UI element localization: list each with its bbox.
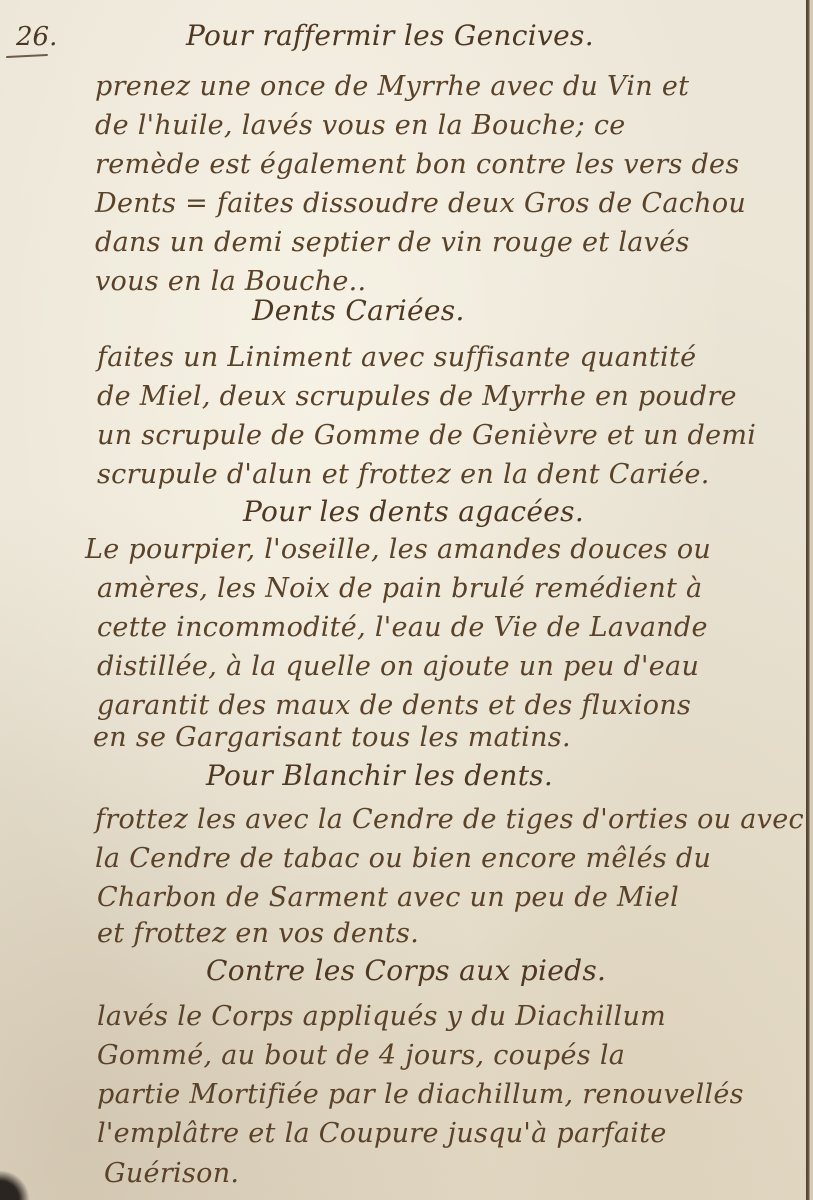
text-line: dans un demi septier de vin rouge et lav… <box>95 229 690 256</box>
text-line: scrupule d'alun et frottez en la dent Ca… <box>97 461 710 488</box>
text-line: la Cendre de tabac ou bien encore mêlés … <box>95 845 711 872</box>
page-number-underline <box>6 54 48 58</box>
text-line: lavés le Corps appliqués y du Diachillum <box>97 1003 666 1030</box>
text-line: Charbon de Sarment avec un peu de Miel <box>97 884 679 911</box>
text-line: de l'huile, lavés vous en la Bouche; ce <box>95 112 626 139</box>
text-line: et frottez en vos dents. <box>97 920 419 947</box>
section-heading-carious-teeth: Dents Cariées. <box>252 297 465 325</box>
section-heading-whitening-teeth: Pour Blanchir les dents. <box>206 762 553 790</box>
text-line: prenez une once de Myrrhe avec du Vin et <box>95 73 689 100</box>
text-line: partie Mortifiée par le diachillum, reno… <box>97 1081 744 1108</box>
section-heading-foot-corns: Contre les Corps aux pieds. <box>206 957 606 985</box>
binding-edge <box>806 0 813 1200</box>
section-heading-gums: Pour raffermir les Gencives. <box>186 22 594 50</box>
text-line: frottez les avec la Cendre de tiges d'or… <box>95 806 804 833</box>
page-number: 26. <box>16 22 57 52</box>
section-heading-sensitive-teeth: Pour les dents agacées. <box>243 498 584 526</box>
text-line: vous en la Bouche.. <box>95 268 366 295</box>
text-line: cette incommodité, l'eau de Vie de Lavan… <box>97 614 708 641</box>
manuscript-page: 26. Pour raffermir les Gencives. prenez … <box>0 0 806 1200</box>
text-line: Dents = faites dissoudre deux Gros de Ca… <box>95 190 746 217</box>
text-line: faites un Liniment avec suffisante quant… <box>97 344 696 371</box>
text-line: distillée, à la quelle on ajoute un peu … <box>97 653 699 680</box>
text-line: remède est également bon contre les vers… <box>95 151 740 178</box>
text-line: en se Gargarisant tous les matins. <box>93 724 571 751</box>
corner-shadow <box>0 1170 30 1200</box>
text-line: un scrupule de Gomme de Genièvre et un d… <box>97 422 756 449</box>
text-line: de Miel, deux scrupules de Myrrhe en pou… <box>97 383 737 410</box>
text-line: amères, les Noix de pain brulé remédient… <box>97 575 702 602</box>
text-line: Gommé, au bout de 4 jours, coupés la <box>97 1042 625 1069</box>
text-line: l'emplâtre et la Coupure jusqu'à parfait… <box>97 1120 667 1147</box>
text-line: garantit des maux de dents et des fluxio… <box>97 692 691 719</box>
text-line: Guérison. <box>104 1160 239 1187</box>
text-line: Le pourpier, l'oseille, les amandes douc… <box>85 536 711 563</box>
